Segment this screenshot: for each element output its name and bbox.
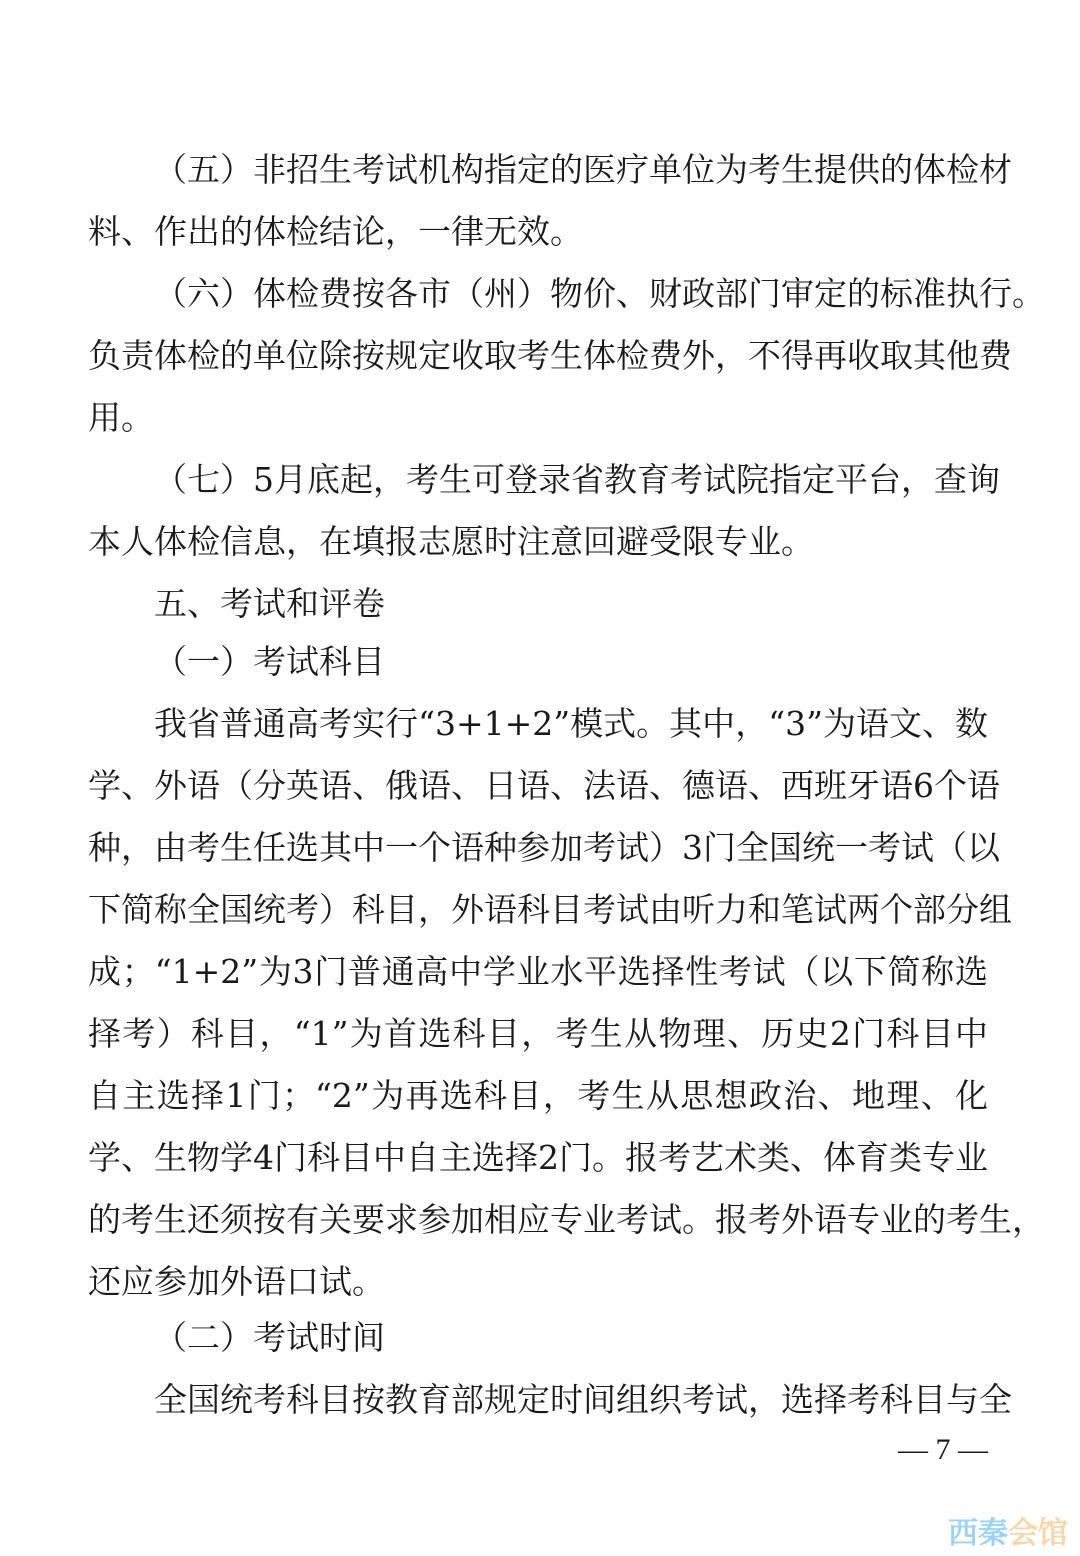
text-line: （六）体检费按各市（州）物价、财政部门审定的标准执行。: [154, 274, 988, 336]
subsection-heading: （二）考试时间: [154, 1318, 988, 1380]
page-number: — 7 —: [888, 1432, 998, 1468]
text-line: 全国统考科目按教育部规定时间组织考试，选择考科目与全: [154, 1380, 988, 1442]
text-line: 还应参加外语口试。: [88, 1262, 988, 1324]
text-line: 下简称全国统考）科目，外语科目考试由听力和笔试两个部分组: [88, 890, 988, 952]
text-line: 料、作出的体检结论，一律无效。: [88, 212, 988, 274]
text-line: 用。: [88, 398, 988, 460]
subsection-heading: （一）考试科目: [154, 642, 988, 704]
section-heading: 五、考试和评卷: [154, 584, 988, 646]
text-line: （五）非招生考试机构指定的医疗单位为考生提供的体检材: [154, 150, 988, 212]
text-line: 学、外语（分英语、俄语、日语、法语、德语、西班牙语6个语: [88, 766, 988, 828]
text-line: （七）5月底起，考生可登录省教育考试院指定平台，查询: [154, 460, 988, 522]
text-line: 自主选择1门；“2”为再选科目，考生从思想政治、地理、化: [88, 1076, 988, 1138]
text-line: 种，由考生任选其中一个语种参加考试）3门全国统一考试（以: [88, 828, 988, 890]
text-line: 我省普通高考实行“3+1+2”模式。其中，“3”为语文、数: [154, 704, 988, 766]
text-line: 择考）科目，“1”为首选科目，考生从物理、历史2门科目中: [88, 1014, 988, 1076]
watermark-logo: 西秦会馆: [948, 1514, 1068, 1554]
document-page: （五）非招生考试机构指定的医疗单位为考生提供的体检材 料、作出的体检结论，一律无…: [0, 0, 1080, 1556]
text-line: 学、生物学4门科目中自主选择2门。报考艺术类、体育类专业: [88, 1138, 988, 1200]
watermark-part-2: 会馆: [1008, 1516, 1068, 1551]
watermark-part-1: 西秦: [948, 1516, 1008, 1551]
text-line: 负责体检的单位除按规定收取考生体检费外，不得再收取其他费: [88, 336, 988, 398]
text-line: 本人体检信息，在填报志愿时注意回避受限专业。: [88, 522, 988, 584]
text-line: 成；“1+2”为3门普通高中学业水平选择性考试（以下简称选: [88, 952, 988, 1014]
text-line: 的考生还须按有关要求参加相应专业考试。报考外语专业的考生，: [88, 1200, 988, 1262]
